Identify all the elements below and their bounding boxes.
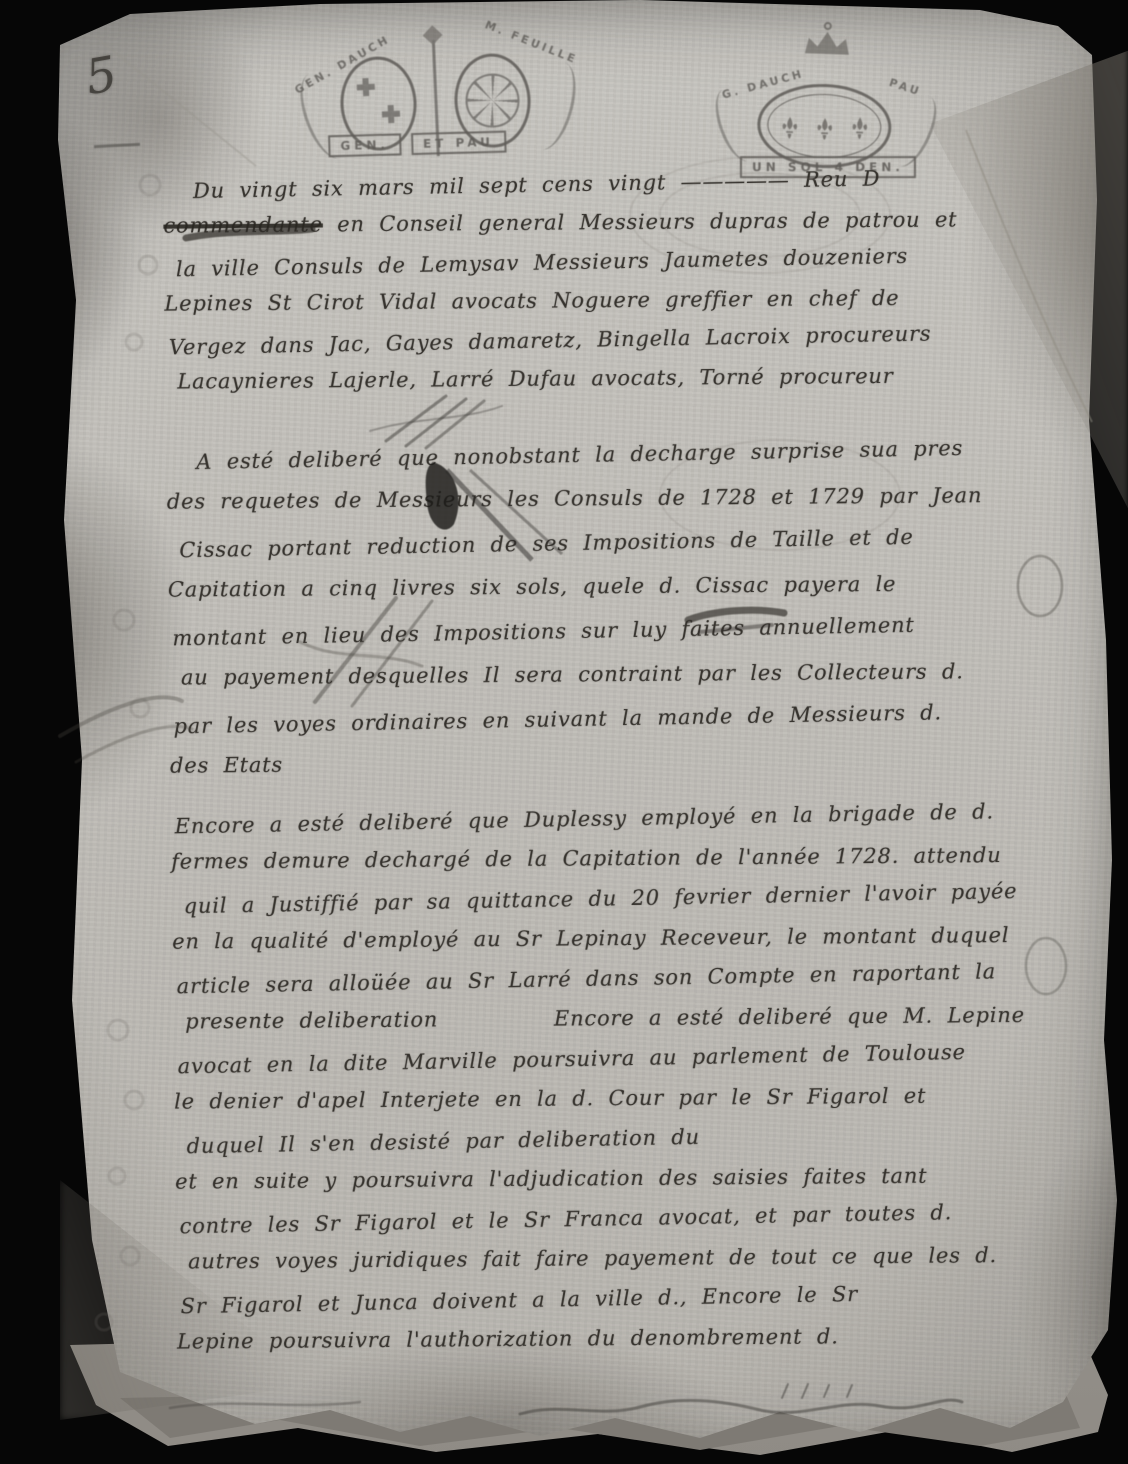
stamp-arc-text: PAU <box>888 76 924 99</box>
paragraph-deliberation-duplessy-lepine: Encore a esté deliberé que Duplessy empl… <box>170 792 1097 1363</box>
stamp-banner-text: GEN. <box>328 133 401 157</box>
crown-orb-icon <box>824 22 832 30</box>
fleur-de-lis-icon <box>815 117 833 142</box>
stamp-banner: GEN. ET PAU <box>328 131 506 158</box>
struck-word: commendante <box>163 212 323 237</box>
cross-icon <box>356 78 375 97</box>
manuscript-line: Lepine poursuivra l'authorization du den… <box>177 1314 1097 1361</box>
fleur-de-lis-icon <box>850 116 868 141</box>
wheel-icon <box>464 72 520 128</box>
manuscript-line: Lacaynieres Lajerle, Larré Dufau avocats… <box>177 355 1085 401</box>
fiscal-stamp-left: GEN. DAUCH M. FEUILLE GEN. ET PAU <box>285 8 591 173</box>
stamp-banner-text: ET PAU <box>411 131 506 155</box>
stamp-foliage-icon <box>522 57 585 154</box>
manuscript-line-text: en Conseil general Messieurs dupras de p… <box>337 207 957 236</box>
paragraph-preamble: Du vingt six mars mil sept cens vingt ——… <box>163 158 1086 403</box>
crown-icon <box>805 29 850 55</box>
fleur-de-lis-icon <box>780 115 798 140</box>
manuscript-line: des Etats <box>170 736 1090 787</box>
paragraph-deliberation-cissac: A esté deliberé que nonobstant la dechar… <box>166 426 1090 789</box>
stamp-cartouche-inner <box>766 92 882 160</box>
manuscript-body: Du vingt six mars mil sept cens vingt ——… <box>163 158 1098 1363</box>
scanned-manuscript-page: 5 GEN. DAUCH M. FEUILLE GEN. ET PAU G. D… <box>0 0 1128 1464</box>
cross-icon <box>382 105 401 124</box>
